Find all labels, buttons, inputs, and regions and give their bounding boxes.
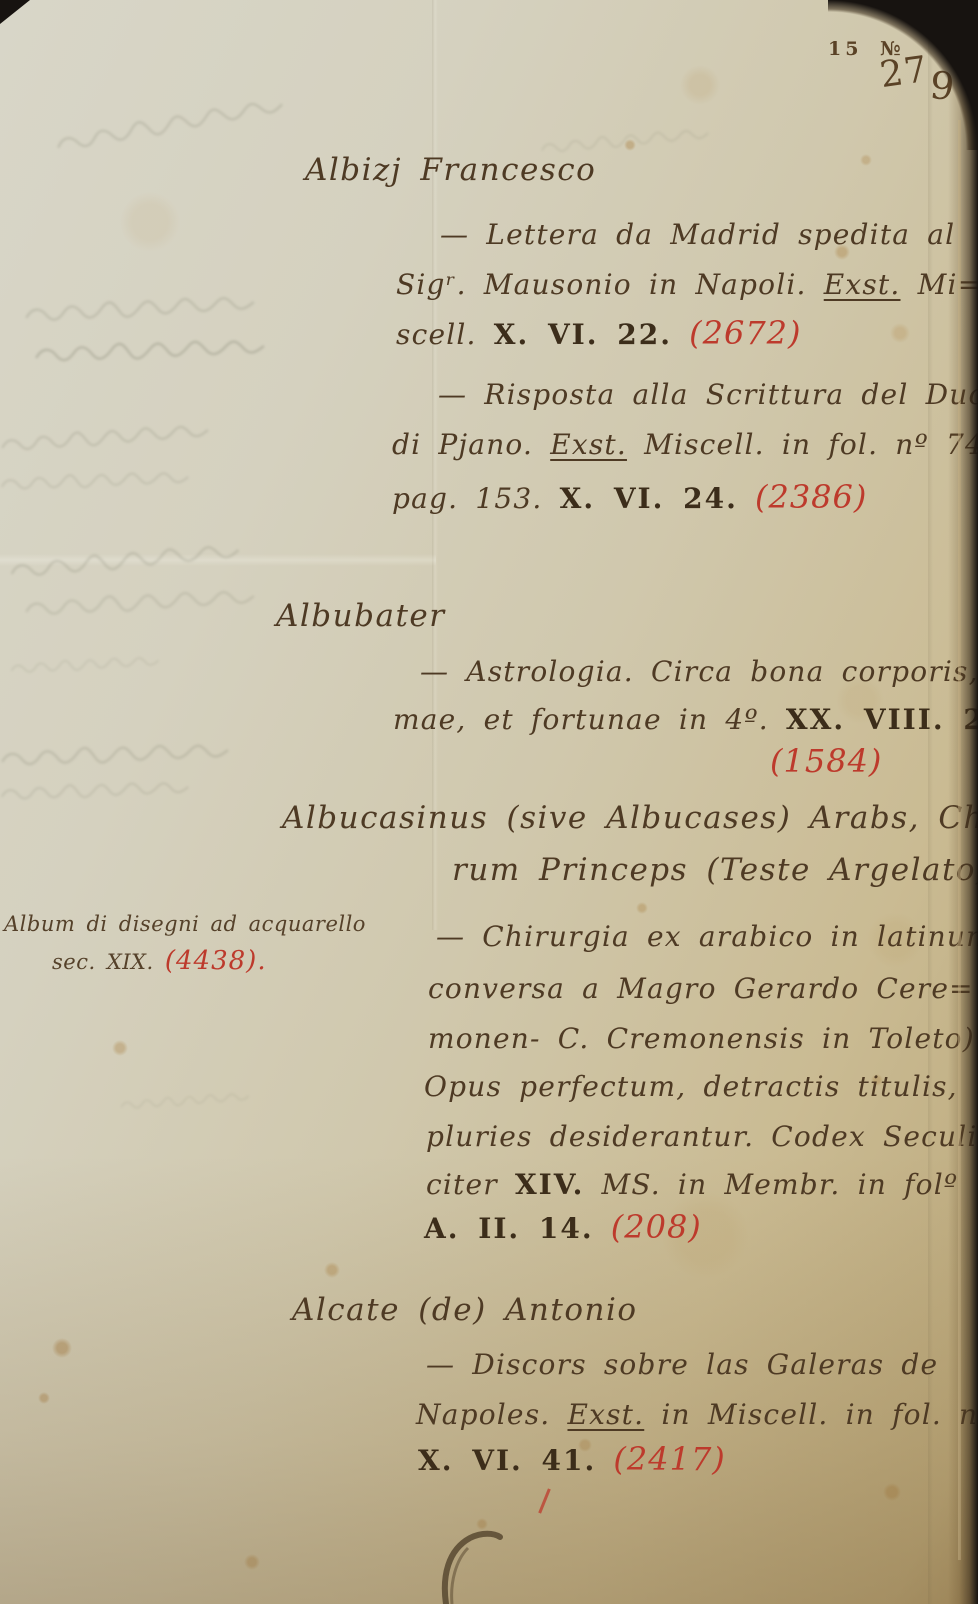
ink-blot — [408, 1524, 558, 1604]
shelfmark: X. VI. 22. — [494, 318, 672, 351]
entry-line: — Discors sobre las Galeras de — [426, 1348, 938, 1381]
entry-line: — Chirurgia ex arabico in latinum — [436, 920, 978, 953]
entry-line: pluries desiderantur. Codex Seculi cir= — [426, 1120, 978, 1153]
entry-line: mae, et fortunae in 4º. XX. VIII. 25. — [393, 703, 978, 736]
ref-number-red: (1584) — [770, 742, 882, 780]
exst-underlined: Exst. — [550, 428, 627, 461]
entry-heading: Albubater — [276, 598, 446, 634]
exst-underlined: Exst. — [824, 268, 901, 301]
ref-number-red: (208) — [611, 1208, 702, 1246]
entry-line: scell. X. VI. 22. (2672) — [396, 314, 802, 352]
manuscript-scan: 15 № 27 9 Albizj Francesco — Lettera da … — [0, 0, 978, 1604]
entry-line: A. II. 14. (208) — [424, 1208, 702, 1246]
shelfmark: X. VI. 41. — [418, 1444, 596, 1477]
entry-line: Sigʳ. Mausonio in Napoli. Exst. Mi= — [396, 268, 978, 301]
ref-number-red: (2417) — [613, 1440, 725, 1478]
entry-line: monen- C. Cremonensis in Toleto) — [428, 1022, 975, 1055]
entry-line: X. VI. 41. (2417) — [418, 1440, 726, 1478]
shelfmark: XIV. — [515, 1168, 584, 1201]
margin-note-line: sec. XIX. (4438). — [52, 946, 267, 976]
ref-number-red: (4438). — [165, 946, 267, 976]
entry-text: Napoles. — [416, 1398, 567, 1431]
entry-text: Miscell. in fol. nº 74. — [627, 428, 978, 461]
margin-note-text: sec. XIX. — [52, 950, 154, 974]
ref-number-red: (2386) — [755, 478, 867, 516]
entry-heading: Albucasinus (sive Albucases) Arabs, Chir… — [282, 800, 978, 836]
entry-line: Opus perfectum, detractis titulis, qui — [424, 1070, 978, 1103]
entry-heading: Albizj Francesco — [305, 152, 596, 188]
entry-line: citer XIV. MS. in Membr. in folº — [426, 1168, 958, 1201]
entry-line: pag. 153. X. VI. 24. (2386) — [392, 478, 867, 516]
fold-crease — [432, 0, 438, 930]
entry-heading: rum Princeps (Teste Argelato) — [452, 852, 978, 888]
margin-note-line: Album di disegni ad acquarello — [4, 912, 366, 936]
entry-heading: Alcate (de) Antonio — [292, 1292, 638, 1328]
shelfmark: X. VI. 24. — [560, 482, 738, 515]
entry-line: — Astrologia. Circa bona corporis, ani= — [420, 655, 978, 688]
ref-number-red: (2672) — [689, 314, 801, 352]
entry-text: pag. 153. — [392, 482, 560, 515]
entry-text: MS. in Membr. in folº — [584, 1168, 958, 1201]
entry-line: — Lettera da Madrid spedita al — [440, 218, 955, 251]
entry-text: in Miscell. in fol. nº 18 — [644, 1398, 978, 1431]
entry-text: Sigʳ. Mausonio in Napoli. — [396, 268, 824, 301]
exst-underlined: Exst. — [567, 1398, 644, 1431]
entry-line: — Risposta alla Scrittura del Duca — [438, 378, 978, 411]
entry-text: citer — [426, 1168, 515, 1201]
entry-line: conversa a Magro Gerardo Cere= — [428, 972, 974, 1005]
entry-text: di Pjano. — [392, 428, 550, 461]
entry-text: scell. — [396, 318, 494, 351]
page-edge — [948, 0, 978, 1604]
entry-text: mae, et fortunae in 4º. — [393, 703, 786, 736]
shelfmark: A. II. 14. — [424, 1212, 594, 1245]
page-corner — [828, 0, 978, 150]
entry-line: di Pjano. Exst. Miscell. in fol. nº 74. — [392, 428, 978, 461]
entry-line: Napoles. Exst. in Miscell. in fol. nº 18 — [416, 1398, 978, 1431]
